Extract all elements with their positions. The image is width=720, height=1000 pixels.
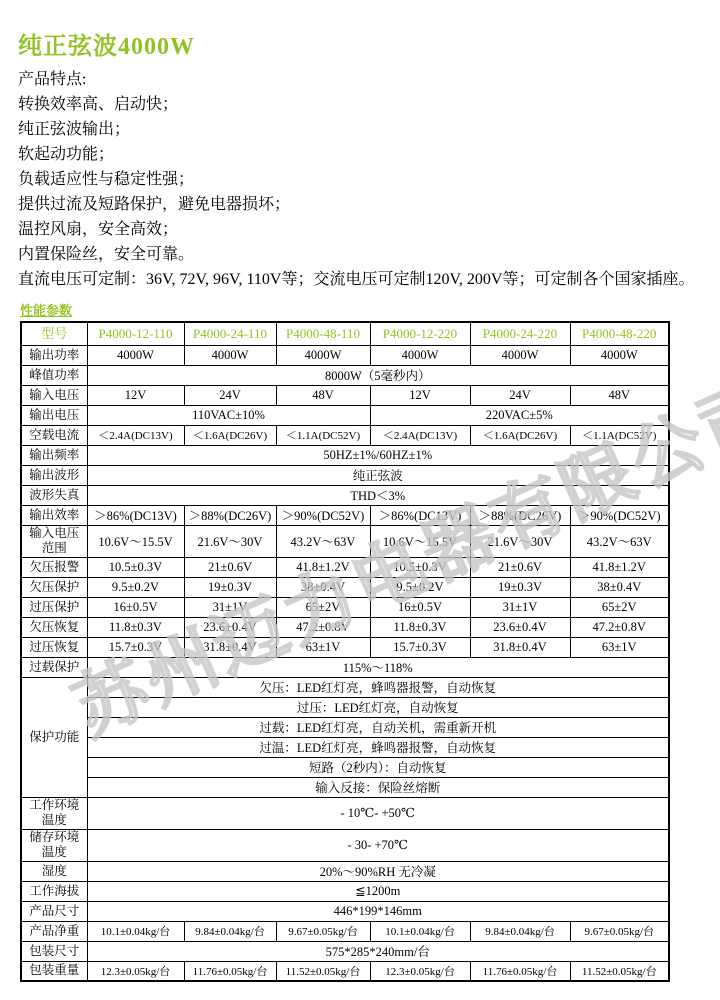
spec-cell: 31.8±0.4V	[470, 637, 570, 657]
spec-cell: 48V	[276, 385, 370, 405]
row-label: 输出效率	[21, 505, 87, 525]
spec-row: 输出效率＞86%(DC13V)＞88%(DC26V)＞90%(DC52V)＞86…	[21, 505, 669, 525]
spec-row: 输出电压110VAC±10%220VAC±5%	[21, 405, 669, 425]
spec-cell: 19±0.3V	[184, 577, 276, 597]
spec-subrow: 保护功能欠压：LED红灯亮，蜂鸣器报警，自动恢复	[21, 677, 669, 697]
spec-cell: ＜1.1A(DC52V)	[276, 425, 370, 445]
spec-cell: 19±0.3V	[470, 577, 570, 597]
spec-cell: 12V	[370, 385, 470, 405]
spec-cell: 41.8±1.2V	[570, 557, 669, 577]
spec-cell: 31±1V	[184, 597, 276, 617]
spec-cell: 11.52±0.05kg/台	[276, 961, 370, 981]
spec-cell: 446*199*146mm	[87, 901, 669, 921]
spec-cell: 21.6V～30V	[184, 525, 276, 557]
spec-cell: 21±0.6V	[184, 557, 276, 577]
spec-cell: 115%～118%	[87, 657, 669, 677]
spec-row: 空载电流＜2.4A(DC13V)＜1.6A(DC26V)＜1.1A(DC52V)…	[21, 425, 669, 445]
spec-cell: ＜2.4A(DC13V)	[370, 425, 470, 445]
spec-cell: 110VAC±10%	[87, 405, 370, 425]
spec-cell: 15.7±0.3V	[370, 637, 470, 657]
spec-cell: 11.8±0.3V	[87, 617, 184, 637]
spec-cell: 23.6±0.4V	[470, 617, 570, 637]
spec-cell: 16±0.5V	[370, 597, 470, 617]
feature-list: 转换效率高、启动快；纯正弦波输出；软起动功能；负载适应性与稳定性强；提供过流及短…	[18, 92, 720, 267]
row-label: 储存环境 温度	[21, 829, 87, 861]
spec-cell: ＞88%(DC26V)	[184, 505, 276, 525]
row-label: 输出功率	[21, 345, 87, 365]
spec-cell: 10.5±0.3V	[87, 557, 184, 577]
model-header: P4000-12-220	[370, 322, 470, 345]
spec-row: 工作海拔≦1200m	[21, 881, 669, 901]
row-label: 包装重量	[21, 961, 87, 981]
spec-cell: 24V	[184, 385, 276, 405]
model-column-label: 型号	[21, 322, 87, 345]
spec-subrow: 输入反接：保险丝熔断	[21, 777, 669, 797]
spec-row: 过载保护115%～118%	[21, 657, 669, 677]
model-header: P4000-48-110	[276, 322, 370, 345]
spec-cell: 63±1V	[276, 637, 370, 657]
row-label: 工作环境 温度	[21, 797, 87, 829]
page-title: 纯正弦波4000W	[18, 26, 720, 61]
row-label: 输出电压	[21, 405, 87, 425]
spec-cell: 9.5±0.2V	[87, 577, 184, 597]
spec-cell: 欠压：LED红灯亮，蜂鸣器报警，自动恢复	[87, 677, 669, 697]
spec-subrow: 过压：LED红灯亮，自动恢复	[21, 697, 669, 717]
spec-cell: ＜1.1A(DC52V)	[570, 425, 669, 445]
spec-cell: 65±2V	[570, 597, 669, 617]
feature-line: 软起动功能；	[18, 142, 720, 167]
row-label: 输入电压	[21, 385, 87, 405]
table-caption: 性能参数	[20, 300, 72, 319]
feature-line: 转换效率高、启动快；	[18, 92, 720, 117]
row-label: 欠压恢复	[21, 617, 87, 637]
spec-cell: 9.67±0.05kg/台	[276, 921, 370, 941]
row-label: 波形失真	[21, 485, 87, 505]
spec-cell: 过温：LED红灯亮，蜂鸣器报警，自动恢复	[87, 737, 669, 757]
spec-cell: 8000W（5毫秒内）	[87, 365, 669, 385]
spec-row: 过压保护16±0.5V31±1V65±2V16±0.5V31±1V65±2V	[21, 597, 669, 617]
spec-row: 欠压报警10.5±0.3V21±0.6V41.8±1.2V10.5±0.3V21…	[21, 557, 669, 577]
spec-cell: 4000W	[570, 345, 669, 365]
spec-cell: 11.76±0.05kg/台	[470, 961, 570, 981]
model-header: P4000-24-110	[184, 322, 276, 345]
feature-line: 内置保险丝，安全可靠。	[18, 242, 720, 267]
row-label: 保护功能	[21, 677, 87, 797]
model-header: P4000-12-110	[87, 322, 184, 345]
model-header-row: 型号P4000-12-110P4000-24-110P4000-48-110P4…	[21, 322, 669, 345]
spec-cell: 短路（2秒内）：自动恢复	[87, 757, 669, 777]
spec-cell: ＞90%(DC52V)	[276, 505, 370, 525]
spec-cell: 220VAC±5%	[370, 405, 669, 425]
row-label: 过压保护	[21, 597, 87, 617]
spec-cell: 23.6±0.4V	[184, 617, 276, 637]
spec-cell: 11.52±0.05kg/台	[570, 961, 669, 981]
feature-line: 温控风扇，安全高效；	[18, 217, 720, 242]
spec-row: 储存环境 温度- 30- +70℃	[21, 829, 669, 861]
spec-row: 工作环境 温度- 10℃- +50℃	[21, 797, 669, 829]
spec-cell: - 30- +70℃	[87, 829, 669, 861]
spec-cell: - 10℃- +50℃	[87, 797, 669, 829]
spec-cell: 9.67±0.05kg/台	[570, 921, 669, 941]
spec-cell: 9.5±0.2V	[370, 577, 470, 597]
spec-cell: THD＜3%	[87, 485, 669, 505]
document-page: 纯正弦波4000W 产品特点: 转换效率高、启动快；纯正弦波输出；软起动功能；负…	[0, 0, 720, 982]
spec-cell: 输入反接：保险丝熔断	[87, 777, 669, 797]
spec-cell: 31.8±0.4V	[184, 637, 276, 657]
spec-cell: 48V	[570, 385, 669, 405]
spec-cell: 21.6V～30V	[470, 525, 570, 557]
spec-cell: 43.2V～63V	[276, 525, 370, 557]
spec-cell: ＜1.6A(DC26V)	[184, 425, 276, 445]
spec-cell: 过载：LED红灯亮，自动关机，需重新开机	[87, 717, 669, 737]
spec-row: 欠压保护9.5±0.2V19±0.3V38±0.4V9.5±0.2V19±0.3…	[21, 577, 669, 597]
row-label: 峰值功率	[21, 365, 87, 385]
spec-row: 输出波形纯正弦波	[21, 465, 669, 485]
spec-table: 型号P4000-12-110P4000-24-110P4000-48-110P4…	[20, 321, 670, 982]
spec-row: 输出功率4000W4000W4000W4000W4000W4000W	[21, 345, 669, 365]
feature-line: 负载适应性与稳定性强；	[18, 167, 720, 192]
spec-subrow: 短路（2秒内）：自动恢复	[21, 757, 669, 777]
row-label: 输出波形	[21, 465, 87, 485]
spec-cell: ＞86%(DC13V)	[370, 505, 470, 525]
spec-cell: 纯正弦波	[87, 465, 669, 485]
spec-cell: ＞88%(DC26V)	[470, 505, 570, 525]
spec-row: 包装尺寸575*285*240mm/台	[21, 941, 669, 961]
row-label: 产品尺寸	[21, 901, 87, 921]
spec-cell: 20%～90%RH 无冷凝	[87, 861, 669, 881]
spec-cell: 43.2V～63V	[570, 525, 669, 557]
spec-cell: ＜2.4A(DC13V)	[87, 425, 184, 445]
spec-cell: 47.2±0.8V	[276, 617, 370, 637]
spec-cell: 10.1±0.04kg/台	[370, 921, 470, 941]
spec-cell: 47.2±0.8V	[570, 617, 669, 637]
row-label: 产品净重	[21, 921, 87, 941]
spec-cell: ＞90%(DC52V)	[570, 505, 669, 525]
spec-cell: 63±1V	[570, 637, 669, 657]
spec-cell: ≦1200m	[87, 881, 669, 901]
row-label: 空载电流	[21, 425, 87, 445]
spec-cell: 50HZ±1%/60HZ±1%	[87, 445, 669, 465]
row-label: 过载保护	[21, 657, 87, 677]
row-label: 过压恢复	[21, 637, 87, 657]
spec-cell: 12V	[87, 385, 184, 405]
spec-cell: 4000W	[184, 345, 276, 365]
model-header: P4000-24-220	[470, 322, 570, 345]
spec-cell: 15.7±0.3V	[87, 637, 184, 657]
spec-row: 产品尺寸446*199*146mm	[21, 901, 669, 921]
spec-row: 输出频率50HZ±1%/60HZ±1%	[21, 445, 669, 465]
spec-table-body: 型号P4000-12-110P4000-24-110P4000-48-110P4…	[21, 322, 669, 981]
spec-cell: 10.6V～15.5V	[370, 525, 470, 557]
spec-cell: 10.5±0.3V	[370, 557, 470, 577]
row-label: 包装尺寸	[21, 941, 87, 961]
spec-cell: 65±2V	[276, 597, 370, 617]
spec-subrow: 过载：LED红灯亮，自动关机，需重新开机	[21, 717, 669, 737]
spec-row: 波形失真THD＜3%	[21, 485, 669, 505]
spec-cell: 10.1±0.04kg/台	[87, 921, 184, 941]
spec-subrow: 过温：LED红灯亮，蜂鸣器报警，自动恢复	[21, 737, 669, 757]
row-label: 欠压保护	[21, 577, 87, 597]
row-label: 湿度	[21, 861, 87, 881]
row-label: 工作海拔	[21, 881, 87, 901]
spec-cell: 4000W	[370, 345, 470, 365]
spec-cell: 4000W	[87, 345, 184, 365]
spec-cell: 11.8±0.3V	[370, 617, 470, 637]
spec-cell: ＜1.6A(DC26V)	[470, 425, 570, 445]
spec-cell: 4000W	[276, 345, 370, 365]
row-label: 输出频率	[21, 445, 87, 465]
spec-row: 输入电压12V24V48V12V24V48V	[21, 385, 669, 405]
spec-cell: 21±0.6V	[470, 557, 570, 577]
spec-row: 湿度20%～90%RH 无冷凝	[21, 861, 669, 881]
spec-row: 包装重量12.3±0.05kg/台11.76±0.05kg/台11.52±0.0…	[21, 961, 669, 981]
spec-cell: 9.84±0.04kg/台	[184, 921, 276, 941]
spec-row: 过压恢复15.7±0.3V31.8±0.4V63±1V15.7±0.3V31.8…	[21, 637, 669, 657]
spec-row: 欠压恢复11.8±0.3V23.6±0.4V47.2±0.8V11.8±0.3V…	[21, 617, 669, 637]
spec-cell: 38±0.4V	[276, 577, 370, 597]
spec-cell: 过压：LED红灯亮，自动恢复	[87, 697, 669, 717]
spec-cell: 10.6V～15.5V	[87, 525, 184, 557]
spec-row: 峰值功率8000W（5毫秒内）	[21, 365, 669, 385]
spec-cell: 11.76±0.05kg/台	[184, 961, 276, 981]
model-header: P4000-48-220	[570, 322, 669, 345]
customization-note: 直流电压可定制：36V, 72V, 96V, 110V等；交流电压可定制120V…	[18, 267, 720, 292]
feature-line: 纯正弦波输出；	[18, 117, 720, 142]
spec-cell: 31±1V	[470, 597, 570, 617]
spec-cell: 41.8±1.2V	[276, 557, 370, 577]
spec-cell: 12.3±0.05kg/台	[370, 961, 470, 981]
spec-row: 产品净重10.1±0.04kg/台9.84±0.04kg/台9.67±0.05k…	[21, 921, 669, 941]
feature-line: 提供过流及短路保护，避免电器损坏；	[18, 192, 720, 217]
spec-cell: 4000W	[470, 345, 570, 365]
row-label: 输入电压 范围	[21, 525, 87, 557]
spec-row: 输入电压 范围10.6V～15.5V21.6V～30V43.2V～63V10.6…	[21, 525, 669, 557]
spec-cell: 9.84±0.04kg/台	[470, 921, 570, 941]
spec-cell: 24V	[470, 385, 570, 405]
spec-cell: 575*285*240mm/台	[87, 941, 669, 961]
row-label: 欠压报警	[21, 557, 87, 577]
spec-cell: 12.3±0.05kg/台	[87, 961, 184, 981]
spec-cell: 16±0.5V	[87, 597, 184, 617]
features-heading: 产品特点:	[18, 67, 720, 92]
spec-cell: 38±0.4V	[570, 577, 669, 597]
spec-cell: ＞86%(DC13V)	[87, 505, 184, 525]
